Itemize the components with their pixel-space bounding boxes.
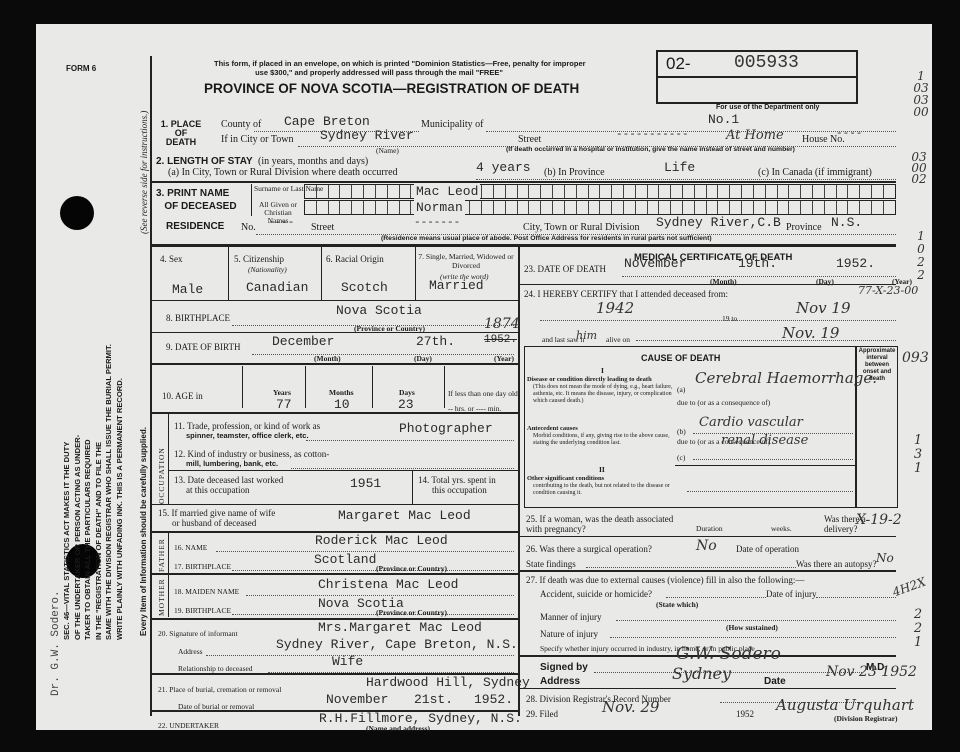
margin-codes-bottom: 221 — [908, 608, 928, 650]
physician-signature: G.W. Sodero — [676, 644, 781, 664]
form-title: PROVINCE OF NOVA SCOTIA—REGISTRATION OF … — [204, 81, 579, 96]
registration-number: 005933 — [734, 53, 799, 73]
municipality-value: No.1 — [708, 112, 739, 127]
dob-day-value: 27th. — [416, 334, 455, 349]
surname-cells — [304, 184, 896, 199]
burial-month-value: November — [326, 692, 388, 707]
attended-from-value: 1942 — [596, 299, 634, 317]
dod-day-value: 19th. — [738, 256, 777, 271]
county-value: Cape Breton — [284, 114, 370, 129]
doctor-stamp: Dr. G.W. Sodero. — [50, 590, 62, 696]
certify-code-handwritten: 77-X-23-00 — [858, 284, 918, 297]
spouse-value: Margaret Mac Leod — [338, 508, 471, 523]
margin-codes-stay: 030002 — [904, 152, 934, 185]
age-months-value: 10 — [334, 397, 350, 412]
age-days-value: 23 — [398, 397, 414, 412]
residence-city-value: Sydney River,C.B — [656, 215, 781, 230]
burial-day-value: 21st. — [414, 692, 453, 707]
residence-province-value: N.S. — [831, 215, 862, 230]
mail-notice: This form, if placed in an envelope, on … — [214, 59, 544, 77]
last-worked-value: 1951 — [350, 476, 381, 491]
city-value: Sydney River — [320, 128, 414, 143]
burial-year-value: 1952. — [474, 692, 513, 707]
sex-value: Male — [172, 282, 203, 297]
registration-prefix: 02- — [666, 54, 691, 74]
father-side-label: FATHER — [157, 538, 166, 572]
marital-value: Married — [429, 278, 484, 293]
registrar-signature: Augusta Urquhart — [776, 696, 914, 714]
father-name-value: Roderick Mac Leod — [315, 533, 448, 548]
every-item-note: Every Item of Information should be care… — [139, 427, 148, 636]
cause-of-death-box: Approximate interval between onset and d… — [524, 346, 898, 508]
dob-month-value: December — [272, 334, 334, 349]
citizenship-value: Canadian — [246, 280, 308, 295]
father-birthplace-value: Scotland — [314, 552, 376, 567]
relationship-value: Wife — [332, 654, 363, 669]
attended-to-value: Nov 19 — [796, 299, 851, 317]
cause-heading: CAUSE OF DEATH — [641, 353, 720, 363]
birthplace-value: Nova Scotia — [336, 303, 422, 318]
mother-side-label: MOTHER — [157, 578, 166, 616]
see-reverse-note: (See reverse side for instructions.) — [139, 111, 149, 234]
dod-year-value: 1952. — [836, 256, 875, 271]
margin-code-delivery: X-19-2 — [856, 512, 902, 528]
dob-year-handwritten: 1874 — [484, 316, 520, 332]
margin-code-injury: 4H2X — [891, 575, 928, 600]
death-registration-form: FORM 6 SEC. 46—VITAL STATISTICS ACT MAKE… — [36, 24, 932, 730]
age-years-value: 77 — [276, 397, 292, 412]
department-use-caption: For use of the Department only — [716, 104, 819, 111]
sec46-notice: SEC. 46—VITAL STATISTICS ACT MAKES IT TH… — [62, 344, 125, 640]
surgical-operation-value: No — [696, 538, 717, 554]
margin-codes-cause: 131 — [908, 434, 928, 476]
margin-codes-personal: 1022 — [906, 230, 936, 282]
given-names-cells — [304, 200, 896, 215]
dob-year-struck: 1952. — [484, 334, 517, 346]
print-name-label: 3. PRINT NAME OF DECEASED — [156, 187, 237, 213]
given-name-value: Norman — [414, 200, 465, 215]
form-number: FORM 6 — [66, 64, 96, 73]
filed-date: Nov. 29 — [602, 698, 659, 716]
registration-number-box: 02- 005933 — [656, 50, 858, 104]
cause-a-value: Cerebral Haemorrhage. — [695, 369, 877, 387]
burial-place-value: Hardwood Hill, Sydney — [366, 675, 530, 690]
surname-value: Mac Leod — [414, 184, 480, 199]
margin-codes-top: 1030300 — [906, 70, 936, 118]
margin-code-interval: 093 — [902, 350, 929, 366]
informant-address-value: Sydney River, Cape Breton, N.S. — [276, 637, 518, 652]
informant-signature-value: Mrs.Margaret Mac Leod — [318, 620, 482, 635]
occupation-side-label: OCCUPATION — [157, 447, 166, 504]
signature-date: Nov 23 1952 — [826, 664, 917, 680]
mother-name-value: Christena Mac Leod — [318, 577, 458, 592]
occupation-value: Photographer — [399, 421, 493, 436]
punch-hole-top — [60, 196, 94, 230]
racial-value: Scotch — [341, 280, 388, 295]
physician-address: Sydney — [672, 664, 731, 683]
dod-month-value: November — [624, 256, 686, 271]
street-handwritten: At Home — [726, 128, 784, 143]
cause-c-value: renal disease — [721, 433, 808, 448]
place-of-death-label: 1. PLACEOFDEATH — [156, 120, 206, 147]
autopsy-value: No — [876, 551, 894, 565]
